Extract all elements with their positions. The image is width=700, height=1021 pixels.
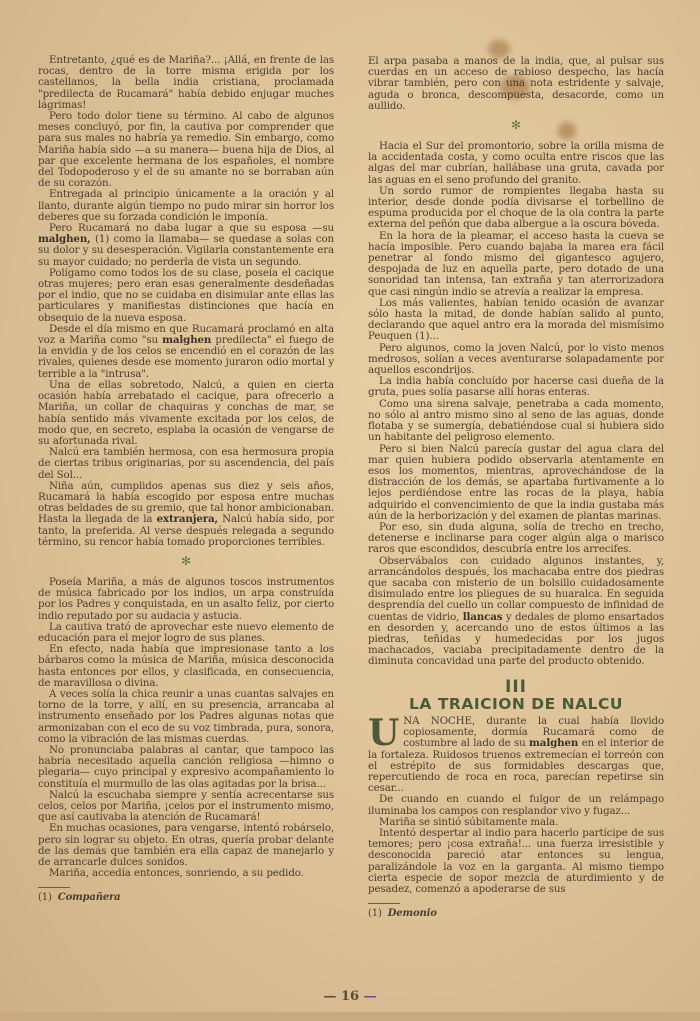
- chapter-title: LA TRAICION DE NALCU: [368, 699, 664, 710]
- paragraph: Por eso, sin duda alguna, solía de trech…: [368, 522, 664, 556]
- paragraph: Un sordo rumor de rompientes llegaba has…: [368, 186, 664, 231]
- paragraph: Nalcú la escuchaba siempre y sentía acre…: [38, 790, 334, 824]
- paragraph: Los más valientes, habían tenido ocasión…: [368, 298, 664, 343]
- term-extranjera: extranjera,: [157, 513, 218, 525]
- chapter-opening-paragraph: UNA NOCHE, durante la cual había llovido…: [368, 716, 664, 794]
- footnote-divider: [368, 903, 400, 904]
- paragraph: Pero algunos, como la joven Nalcú, por l…: [368, 343, 664, 377]
- footnote: (1) Demonio: [368, 908, 664, 919]
- page-number: — 16 —: [0, 989, 700, 1004]
- footnote: (1) Compañera: [38, 892, 334, 903]
- paragraph: Pero si bien Nalcú parecía gustar del ag…: [368, 444, 664, 522]
- section-break-ornament-icon: ✻: [368, 119, 664, 131]
- paragraph: Nalcú era también hermosa, con esa hermo…: [38, 447, 334, 481]
- drop-cap: U: [368, 718, 399, 748]
- paragraph: De cuando en cuando el fulgor de un relá…: [368, 794, 664, 816]
- paragraph: Como una sirena salvaje, penetraba a cad…: [368, 399, 664, 444]
- paragraph: Observábalos con cuidado algunos instant…: [368, 556, 664, 668]
- paragraph: A veces solía la chica reunir a unas cua…: [38, 689, 334, 745]
- right-column: El arpa pasaba a manos de la india, que,…: [368, 56, 664, 919]
- footnote-text: Demonio: [388, 908, 437, 919]
- paragraph: Una de ellas sobretodo, Nalcú, a quien e…: [38, 380, 334, 447]
- left-column: Entretanto, ¿qué es de Mariña?... ¡Allá,…: [38, 55, 334, 904]
- term-malghen: malghen: [162, 334, 211, 346]
- page-bottom-edge: [0, 1012, 700, 1021]
- paragraph: No pronunciaba palabras al cantar, que t…: [38, 745, 334, 790]
- chapter-number: III: [368, 682, 664, 693]
- paragraph: Desde el día mismo en que Rucamará procl…: [38, 324, 334, 380]
- paragraph: En la hora de la pleamar, el acceso hast…: [368, 231, 664, 298]
- paragraph: Niña aún, cumplidos apenas sus diez y se…: [38, 481, 334, 548]
- paragraph: En efecto, nada había que impresionase t…: [38, 644, 334, 689]
- term-llancas: llancas: [463, 611, 503, 623]
- footnote-text: Compañera: [58, 892, 121, 903]
- paragraph: Entretanto, ¿qué es de Mariña?... ¡Allá,…: [38, 55, 334, 111]
- paragraph: La cautiva trató de aprovechar este nuev…: [38, 622, 334, 644]
- footnote-divider: [38, 887, 70, 888]
- term-malghen: malghen: [529, 737, 578, 749]
- paragraph: Pero todo dolor tiene su término. Al cab…: [38, 111, 334, 189]
- paragraph: El arpa pasaba a manos de la india, que,…: [368, 56, 664, 112]
- paragraph: Mariña, accedía entonces, sonriendo, a s…: [38, 868, 334, 879]
- paragraph: La india había concluído por hacerse cas…: [368, 376, 664, 398]
- paragraph: Polígamo como todos los de su clase, pos…: [38, 268, 334, 324]
- paragraph: Hacia el Sur del promontorio, sobre la o…: [368, 141, 664, 186]
- section-break-ornament-icon: ✻: [38, 555, 334, 567]
- paragraph: Entregada al principio únicamente a la o…: [38, 189, 334, 223]
- term-malghen: malghen,: [38, 233, 91, 245]
- magazine-page: Entretanto, ¿qué es de Mariña?... ¡Allá,…: [0, 0, 700, 1021]
- paragraph: Poseía Mariña, a más de algunos toscos i…: [38, 577, 334, 622]
- paragraph: Pero Rucamará no daba lugar a que su esp…: [38, 223, 334, 268]
- page-number-dash: —: [364, 989, 377, 1004]
- paragraph: Intentó despertar al indio para hacerlo …: [368, 828, 664, 895]
- paragraph: En muchas ocasiones, para vengarse, inte…: [38, 823, 334, 868]
